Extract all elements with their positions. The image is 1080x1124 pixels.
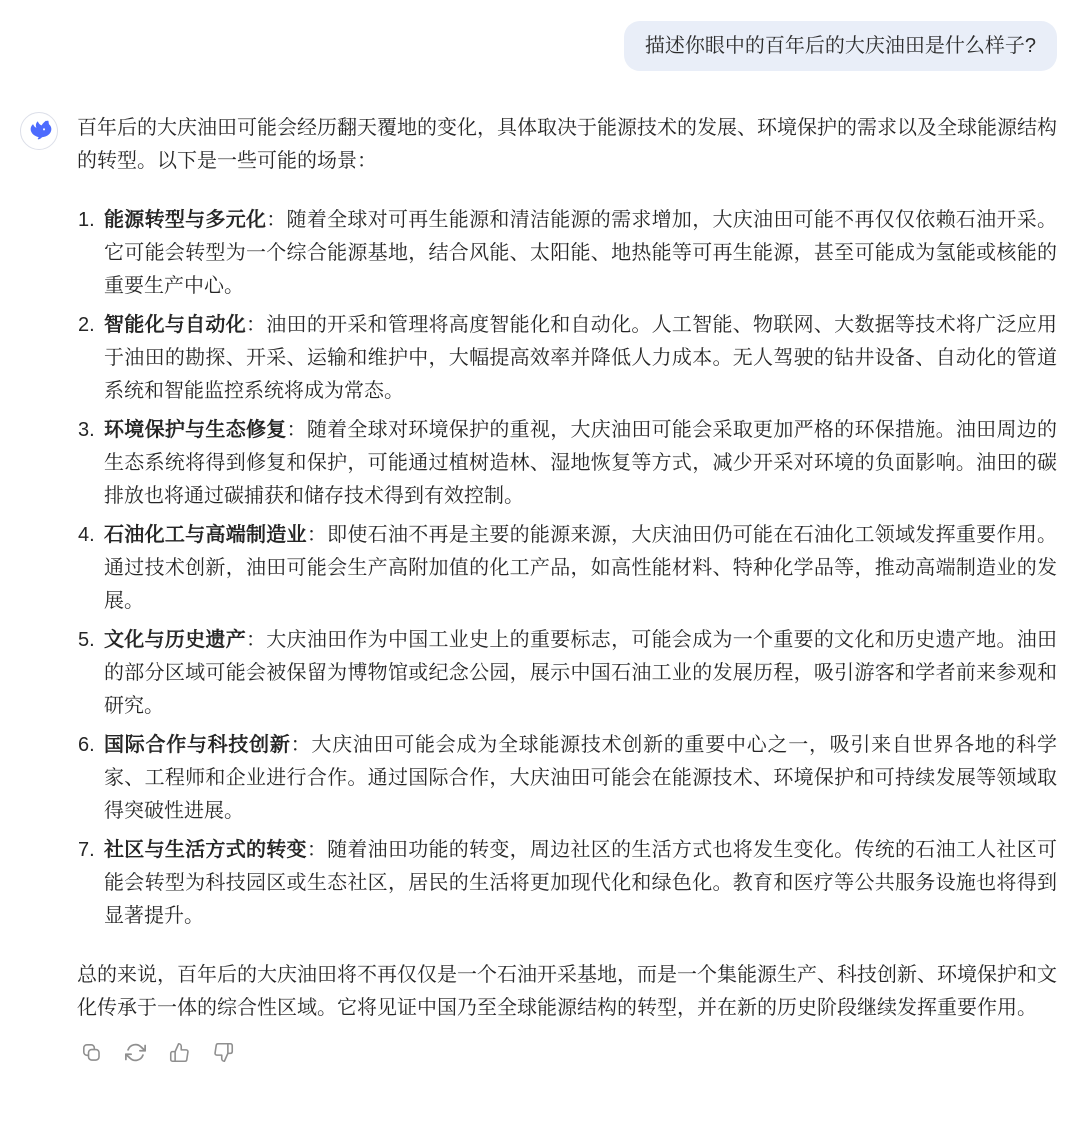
- list-item: 6.国际合作与科技创新：大庆油田可能会成为全球能源技术创新的重要中心之一，吸引来…: [77, 729, 1057, 828]
- message-actions: [77, 1040, 1057, 1064]
- thumbs-up-icon: [169, 1042, 190, 1063]
- assistant-content: 百年后的大庆油田可能会经历翻天覆地的变化，具体取决于能源技术的发展、环境保护的需…: [77, 112, 1057, 1064]
- list-item-body: ：大庆油田作为中国工业史上的重要标志，可能会成为一个重要的文化和历史遗产地。油田…: [104, 629, 1057, 717]
- list-item: 3.环境保护与生态修复：随着全球对环境保护的重视，大庆油田可能会采取更加严格的环…: [77, 414, 1057, 513]
- list-item: 5.文化与历史遗产：大庆油田作为中国工业史上的重要标志，可能会成为一个重要的文化…: [77, 624, 1057, 723]
- list-item-title: 石油化工与高端制造业: [104, 524, 307, 546]
- list-item-number: 1.: [78, 204, 95, 237]
- list-item-number: 7.: [78, 834, 95, 867]
- chat-page: 描述你眼中的百年后的大庆油田是什么样子? 百年后的大庆油田可能会经历翻天覆地的变…: [0, 0, 1080, 1124]
- assistant-conclusion: 总的来说，百年后的大庆油田将不再仅仅是一个石油开采基地，而是一个集能源生产、科技…: [77, 959, 1057, 1025]
- thumbs-down-button[interactable]: [212, 1040, 234, 1064]
- scenario-list: 1.能源转型与多元化：随着全球对可再生能源和清洁能源的需求增加，大庆油田可能不再…: [77, 204, 1057, 933]
- list-item-title: 能源转型与多元化: [104, 209, 266, 231]
- list-item: 7.社区与生活方式的转变：随着油田功能的转变，周边社区的生活方式也将发生变化。传…: [77, 834, 1057, 933]
- list-item-number: 5.: [78, 624, 95, 657]
- regenerate-button[interactable]: [124, 1040, 146, 1064]
- thumbs-down-icon: [213, 1042, 234, 1063]
- deepseek-whale-icon: [26, 118, 52, 144]
- list-item-title: 国际合作与科技创新: [104, 734, 291, 756]
- list-item-number: 2.: [78, 309, 95, 342]
- list-item-title: 环境保护与生态修复: [104, 419, 287, 441]
- assistant-avatar: [20, 112, 58, 150]
- assistant-message: 百年后的大庆油田可能会经历翻天覆地的变化，具体取决于能源技术的发展、环境保护的需…: [20, 112, 1057, 1064]
- list-item: 2.智能化与自动化：油田的开采和管理将高度智能化和自动化。人工智能、物联网、大数…: [77, 309, 1057, 408]
- list-item-number: 3.: [78, 414, 95, 447]
- list-item-body: ：油田的开采和管理将高度智能化和自动化。人工智能、物联网、大数据等技术将广泛应用…: [104, 314, 1057, 402]
- thumbs-up-button[interactable]: [168, 1040, 190, 1064]
- list-item-title: 社区与生活方式的转变: [104, 839, 307, 861]
- list-item-title: 文化与历史遗产: [104, 629, 246, 651]
- list-item: 4.石油化工与高端制造业：即使石油不再是主要的能源来源，大庆油田仍可能在石油化工…: [77, 519, 1057, 618]
- copy-icon: [81, 1042, 102, 1063]
- user-message-row: 描述你眼中的百年后的大庆油田是什么样子?: [20, 21, 1057, 71]
- user-message-bubble: 描述你眼中的百年后的大庆油田是什么样子?: [624, 21, 1057, 71]
- refresh-icon: [125, 1042, 146, 1063]
- list-item-title: 智能化与自动化: [104, 314, 246, 336]
- assistant-intro: 百年后的大庆油田可能会经历翻天覆地的变化，具体取决于能源技术的发展、环境保护的需…: [77, 112, 1057, 178]
- list-item: 1.能源转型与多元化：随着全球对可再生能源和清洁能源的需求增加，大庆油田可能不再…: [77, 204, 1057, 303]
- list-item-number: 6.: [78, 729, 95, 762]
- copy-button[interactable]: [80, 1040, 102, 1064]
- list-item-number: 4.: [78, 519, 95, 552]
